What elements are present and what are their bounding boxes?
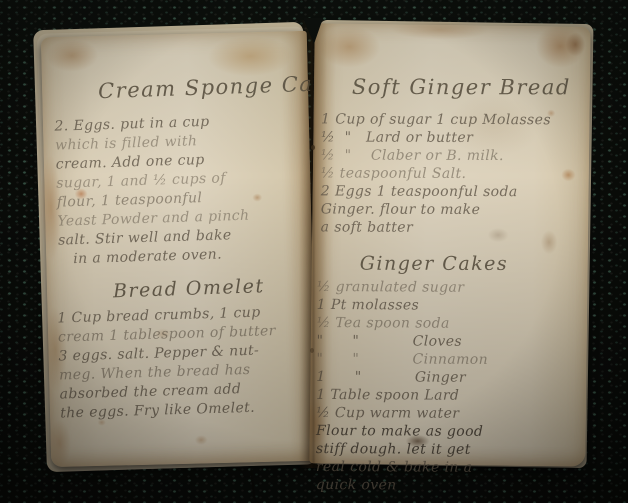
handwritten-line: quick oven: [316, 476, 488, 495]
handwritten-line: 1 Table spoon Lard: [316, 386, 488, 405]
handwritten-line: 1 Cup of sugar 1 cup Molasses: [321, 110, 551, 129]
recipe-title-soft-ginger-bread: Soft Ginger Bread: [352, 75, 571, 99]
handwritten-line: ½ teaspoonful Salt.: [321, 164, 551, 183]
handwritten-line: stiff dough. let it get: [316, 440, 488, 459]
handwritten-line: " " Cloves: [316, 332, 488, 351]
handwritten-line: ½ Cup warm water: [316, 404, 488, 423]
handwritten-line: real cold & bake in a: [316, 458, 488, 477]
recipe-title-cream-sponge-cake: Cream Sponge Cake.: [98, 70, 350, 103]
loose-thread: [250, 467, 266, 503]
recipe-body-cream-sponge-cake: 2. Eggs. put in a cup which is filled wi…: [54, 112, 251, 270]
recipe-title-ginger-cakes: Ginger Cakes: [360, 253, 508, 275]
right-page: Soft Ginger Bread 1 Cup of sugar 1 cup M…: [309, 23, 590, 466]
recipe-title-bread-omelet: Bread Omelet: [113, 275, 265, 302]
photo-background: Cream Sponge Cake. 2. Eggs. put in a cup…: [0, 0, 628, 503]
handwritten-line: a soft batter: [321, 218, 551, 237]
handwritten-line: " " Cinnamon: [316, 350, 488, 369]
handwritten-line: 1 " Ginger: [316, 368, 488, 387]
stitch-hole: [310, 348, 314, 353]
handwritten-line: Flour to make as good: [316, 422, 488, 441]
left-page: Cream Sponge Cake. 2. Eggs. put in a cup…: [41, 31, 317, 467]
handwritten-line: 1 Pt molasses: [317, 296, 489, 315]
left-page-content: Cream Sponge Cake. 2. Eggs. put in a cup…: [41, 31, 317, 467]
handwritten-line: Ginger. flour to make: [321, 200, 551, 219]
handwritten-line: ½ Tea spoon soda: [317, 314, 489, 333]
handwritten-line: ½ granulated sugar: [317, 278, 489, 297]
handwritten-line: 2 Eggs 1 teaspoonful soda: [321, 182, 551, 201]
recipe-body-soft-ginger-bread: 1 Cup of sugar 1 cup Molasses ½ " Lard o…: [321, 110, 551, 237]
right-page-content: Soft Ginger Bread 1 Cup of sugar 1 cup M…: [309, 23, 590, 466]
recipe-body-ginger-cakes: ½ granulated sugar 1 Pt molasses ½ Tea s…: [316, 278, 489, 495]
stitch-hole: [311, 145, 315, 150]
handwritten-line: ½ " Claber or B. milk.: [321, 146, 551, 165]
recipe-body-bread-omelet: 1 Cup bread crumbs, 1 cup cream 1 tables…: [57, 303, 278, 423]
handwritten-line: ½ " Lard or butter: [321, 128, 551, 147]
